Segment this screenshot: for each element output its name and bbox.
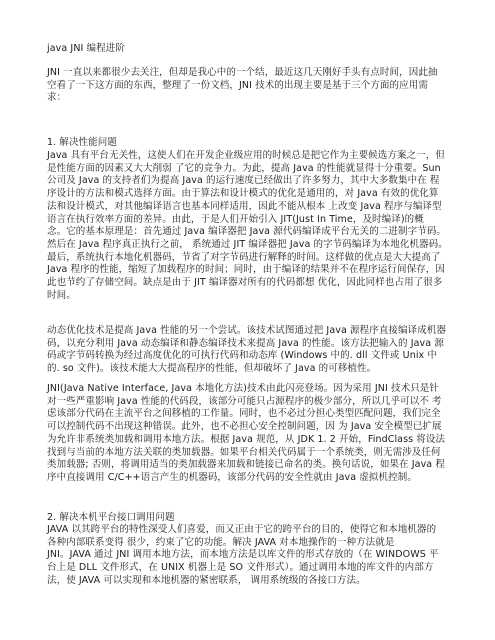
text-line: 码，以充分利用 Java 动态编译和静态编译技术来提高 Java 的性能。该方法… — [47, 338, 453, 351]
text-line: 1. 解决性能问题 — [47, 137, 453, 150]
text-line: 最后，系统执行本地化机器码，节省了对字节码进行解释的时间。这样做的优点是大大提高… — [47, 252, 453, 265]
text-line: JNI 一直以来都很少去关注，但却是我心中的一个结，最近这几天刚好手头有点时间，… — [47, 67, 453, 80]
text-line: 各种内部联系变得 很少，约束了它的功能。解决 JAVA 对本地操作的一种方法就是 — [47, 537, 453, 550]
text-line: 求： — [47, 92, 453, 105]
text-line: Java 具有平台无关性，这使人们在开发企业级应用的时候总是把它作为主要候选方案… — [47, 150, 453, 163]
dynamic-optimization-paragraph: 动态优化技术是提高 Java 性能的另一个尝试。该技术试图通过把 Java 源程… — [47, 325, 453, 376]
section-1-paragraph: Java 具有平台无关性，这使人们在开发企业级应用的时候总是把它作为主要候选方案… — [47, 150, 453, 302]
text-line: 序中直接调用 C/C++语言产生的机器码，该部分代码的安全性就由 Java 虚拟… — [47, 472, 453, 485]
jni-intro-paragraph: JNI(Java Native Interface, Java 本地化方法)技术… — [47, 383, 453, 485]
text-line: 台上是 DLL 文件形式，在 UNIX 机器上是 SO 文件形式）。通过调用本地… — [47, 562, 453, 575]
text-line: 对一些严重影响 Java 性能的代码段，该部分可能只占源程序的极少部分，所以几乎… — [47, 396, 453, 409]
text-line: 公司及 Java 的支持者们为提高 Java 的运行速度已经做出了许多努力，其中… — [47, 175, 453, 188]
text-line: 的. so 文件)。该技术能大大提高程序的性能，但却破坏了 Java 的可移植性… — [47, 363, 453, 376]
text-line: JNI(Java Native Interface, Java 本地化方法)技术… — [47, 383, 453, 396]
document-page: java JNI 编程进阶JNI 一直以来都很少去关注，但却是我心中的一个结，最… — [0, 0, 495, 640]
text-line: java JNI 编程进阶 — [47, 43, 453, 56]
document-title: java JNI 编程进阶 — [47, 43, 453, 56]
text-line: 法和设计模式，对其他编译语言也基本同样适用，因此不能从根本 上改变 Java 程… — [47, 201, 453, 214]
text-line: 时间。 — [47, 290, 453, 303]
text-line: 可以控制代码不出现这种错误。此外，也不必担心安全控制问题，因 为 Java 安全… — [47, 421, 453, 434]
text-line: Java 程序的性能，缩短了加载程序的时间；同时，由于编译的结果并不在程序运行间… — [47, 264, 453, 277]
text-line: 空看了一下这方面的东西，整理了一份文档，JNI 技术的出现主要是基于三个方面的应… — [47, 80, 453, 93]
text-line: 为允许非系统类加载和调用本地方法。根据 Java 规范，从 JDK 1. 2 开… — [47, 434, 453, 447]
text-line: 2. 解决本机平台接口调用问题 — [47, 512, 453, 525]
text-line: 是性能方面的因素又大大削弱 了它的竞争力。为此，提高 Java 的性能就显得十分… — [47, 163, 453, 176]
text-line: 法，使 JAVA 可以实现和本地机器的紧密联系， 调用系统级的各接口方法。 — [47, 575, 453, 588]
text-line: 码或字节码转换为经过高度优化的可执行代码和动态库 (Windows 中的. dl… — [47, 350, 453, 363]
text-line: 动态优化技术是提高 Java 性能的另一个尝试。该技术试图通过把 Java 源程… — [47, 325, 453, 338]
section-1-heading: 1. 解决性能问题 — [47, 137, 453, 150]
text-line: JNI。JAVA 通过 JNI 调用本地方法，而本地方法是以库文件的形式存放的（… — [47, 549, 453, 562]
text-line: 找到与当前的本地方法关联的类加载器。如果平台相关代码属于一个系统类，则无需涉及任… — [47, 447, 453, 460]
text-line: 类加载器; 否则，将调用适当的类加载器来加载和链接已命名的类。换句话说，如果在 … — [47, 459, 453, 472]
section-2-heading: 2. 解决本机平台接口调用问题 — [47, 512, 453, 525]
text-line: 念。它的基本原理是：首先通过 Java 编译器把 Java 源代码编译成平台无关… — [47, 226, 453, 239]
text-line: 语言在执行效率方面的差异。由此，于是人们开始引入 JIT(Just In Tim… — [47, 214, 453, 227]
text-line: 此也节约了存储空间。缺点是由于 JIT 编译器对所有的代码都想 优化，因此同样也… — [47, 277, 453, 290]
text-line: 虑该部分代码在主流平台之间移植的工作量。同时，也不必过分担心类型匹配问题，我们完… — [47, 408, 453, 421]
text-line: JAVA 以其跨平台的特性深受人们喜爱，而又正由于它的跨平台的目的，使得它和本地… — [47, 524, 453, 537]
text-line: 然后在 Java 程序真正执行之前， 系统通过 JIT 编译器把 Java 的字… — [47, 239, 453, 252]
section-2-paragraph: JAVA 以其跨平台的特性深受人们喜爱，而又正由于它的跨平台的目的，使得它和本地… — [47, 524, 453, 588]
intro-paragraph: JNI 一直以来都很少去关注，但却是我心中的一个结，最近这几天刚好手头有点时间，… — [47, 67, 453, 105]
text-line: 序设计的方法和模式选择方面。由于算法和设计模式的优化是通用的，对 Java 有效… — [47, 188, 453, 201]
